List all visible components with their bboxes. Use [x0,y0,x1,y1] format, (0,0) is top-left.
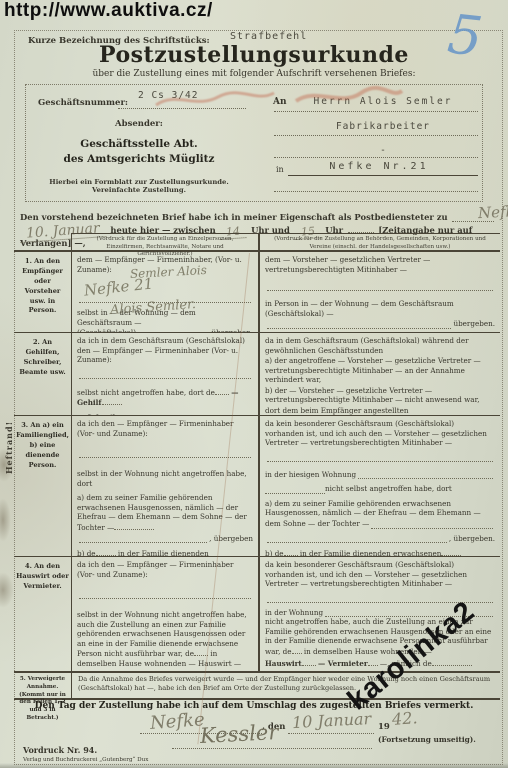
dotted-blank [267,320,451,329]
form-text: in der Familie dienenden erwachsenen [300,549,442,557]
recipient-occupation: Fabrikarbeiter [288,121,478,132]
table-header-spacer [14,233,72,252]
column-header-authorities: (Vordruck für die Zustellung an Behörden… [260,233,500,252]
address-box: Geschäftsnummer: 2 Cs 3/42 Absender: Ges… [25,84,483,202]
dotted-blank [79,449,251,458]
enclosure-note-line1: Hierbei ein Formblatt zur Zustellungsurk… [26,178,252,186]
row1-authorities-cell: dem — Vorsteher — gesetzlichen Vertreter… [260,252,500,333]
dotted-blank [292,646,302,654]
row4-label: 4. An den Hauswirt oder Vermieter. [14,557,72,673]
form-text: — Vermieter [318,659,368,668]
form-number: Vordruck Nr. 94. [23,745,97,755]
recipient-line [274,157,478,158]
form-text: b) de [77,549,96,557]
form-text: b) de [265,549,284,557]
row2-label: 2. An Gehilfen, Schreiber, Beamte usw. [14,333,72,416]
case-number-label: Geschäftsnummer: [38,98,128,108]
dotted-blank [371,520,493,529]
column-header-individuals: (Vordruck für die Zustellung an Einzelpe… [72,233,260,252]
sender-office-line1: Geschäftsstelle Abt. [26,138,252,150]
continuation-note: (Fortsetzung umseitig). [378,735,476,744]
form-text: b) der — Vorsteher — gesetzliche Vertret… [265,386,480,405]
dotted-blank [267,534,447,543]
form-text: selbst nicht angetroffen habe, dort de [77,388,215,397]
form-text: dort dem beim Empfänger angestellten [265,406,409,416]
row3-authorities-cell: da kein besonderer Geschäftsraum (Geschä… [260,416,500,557]
dotted-blank [267,453,493,462]
sender-label: Absender: [26,119,252,129]
form-subtitle: über die Zustellung eines mit folgender … [0,69,508,79]
form-text: da kein besonderer Geschäftsraum (Geschä… [265,560,467,588]
signature-line [172,748,372,749]
auktiva-url-watermark: http://www.auktiva.cz/ [4,0,213,22]
form-text: selbst in der Wohnung nicht angetroffen … [77,469,247,488]
form-text: da kein besonderer Geschäftsraum (Geschä… [265,419,487,447]
form-text: übergeben. [453,319,495,329]
row4-individuals-cell: da ich den — Empfänger — Firmeninhaber (… [72,557,260,673]
recipient-line [274,191,478,192]
scan-edge-shadow [0,763,508,768]
form-text: dem — Vorsteher — gesetzlichen Vertreter… [265,255,430,274]
year-prefix: 19 [378,722,390,732]
form-title: Postzustellungsurkunde [0,42,508,68]
paper-stain [0,498,11,542]
form-text: Hauswirt [265,659,302,668]
signature-date-line [288,733,374,734]
dotted-blank [302,658,316,666]
document-type-value: Strafbefehl [230,31,307,42]
dotted-blank [348,225,374,233]
row2-authorities-cell: da in dem Geschäftsraum (Geschäftslokal)… [260,333,500,416]
recipient-dash: - [288,145,478,156]
dotted-blank [114,522,154,530]
dotted-blank [265,486,325,494]
form-text: da ich den — Empfänger — Firmeninhaber (… [77,419,249,438]
scanned-document-page: http://www.auktiva.cz/ 5 Heftrand! Kurze… [0,0,508,768]
dotted-blank [79,590,251,599]
row5-refused-acceptance-cell: Da die Annahme des Briefes verweigert wu… [72,673,500,700]
handwritten-year: 42. [391,708,418,729]
dotted-blank [284,548,298,556]
recipient-in-label: in [276,165,284,174]
form-text: da ich in dem Geschäftsraum (Geschäftslo… [77,336,245,364]
form-text: selbst in der Wohnung nicht angetroffen … [77,610,247,658]
recipient-line [274,135,478,136]
dotted-blank [441,548,461,556]
dotted-blank [267,282,493,291]
dotted-blank [358,470,493,479]
envelope-note: Den Tag der Zustellung habe ich auf dem … [0,701,508,711]
form-text: in der hiesigen Wohnung [265,470,356,480]
form-text: a) der angetroffene — Vorsteher — gesetz… [265,356,481,384]
form-text: da in dem Geschäftsraum (Geschäftslokal)… [265,336,469,355]
dotted-blank [79,370,251,379]
handwritten-signature: Kessler [199,720,278,748]
red-ink-bleedthrough [146,83,406,117]
form-text: dem Sohne — der Tochter — [265,519,369,529]
row1-label: 1. An den Empfänger oder Vorsteher usw. … [14,252,72,333]
handwritten-page-number: 5 [445,2,486,68]
row2-individuals-cell: da ich in dem Geschäftsraum (Geschäftslo… [72,333,260,416]
recipient-address-underline [288,175,478,176]
form-text: in Person in — der Wohnung — dem Geschäf… [265,299,454,318]
paper-stain [0,572,14,608]
form-text: da ich den — Empfänger — Firmeninhaber (… [77,560,249,579]
form-text: , übergeben. [449,534,495,544]
dotted-blank [102,397,122,405]
form-text: in der Wohnung [265,608,323,618]
row3-label: 3. An a) ein Familienglied, b) eine dien… [14,416,72,557]
form-text: a) dem zu seiner Familie gehörenden erwa… [265,499,481,518]
form-text: , übergeben [209,534,253,544]
dotted-blank [96,548,116,556]
handwritten-footer-place: Nefke [149,709,205,734]
paper-stain [0,448,14,482]
dotted-blank [215,387,229,395]
form-text: nicht selbst angetroffen habe, dort [325,484,452,494]
sender-office-line2: des Amtsgerichts Müglitz [26,153,252,165]
row5-label: 5. Verweigerte Annahme. (Kommt nur in de… [14,673,72,700]
dotted-blank [432,658,472,666]
row1-individuals-cell: dem — Empfänger — Firmeninhaber, (Vor- u… [72,252,260,333]
row3-individuals-cell: da ich den — Empfänger — Firmeninhaber (… [72,416,260,557]
dotted-blank [411,407,493,416]
recipient-address: Nefke Nr.21 [294,161,464,172]
handwritten-place: Nefke [477,202,508,222]
enclosure-note-line2: Vereinfachte Zustellung. [26,186,252,194]
dotted-blank [79,534,207,543]
